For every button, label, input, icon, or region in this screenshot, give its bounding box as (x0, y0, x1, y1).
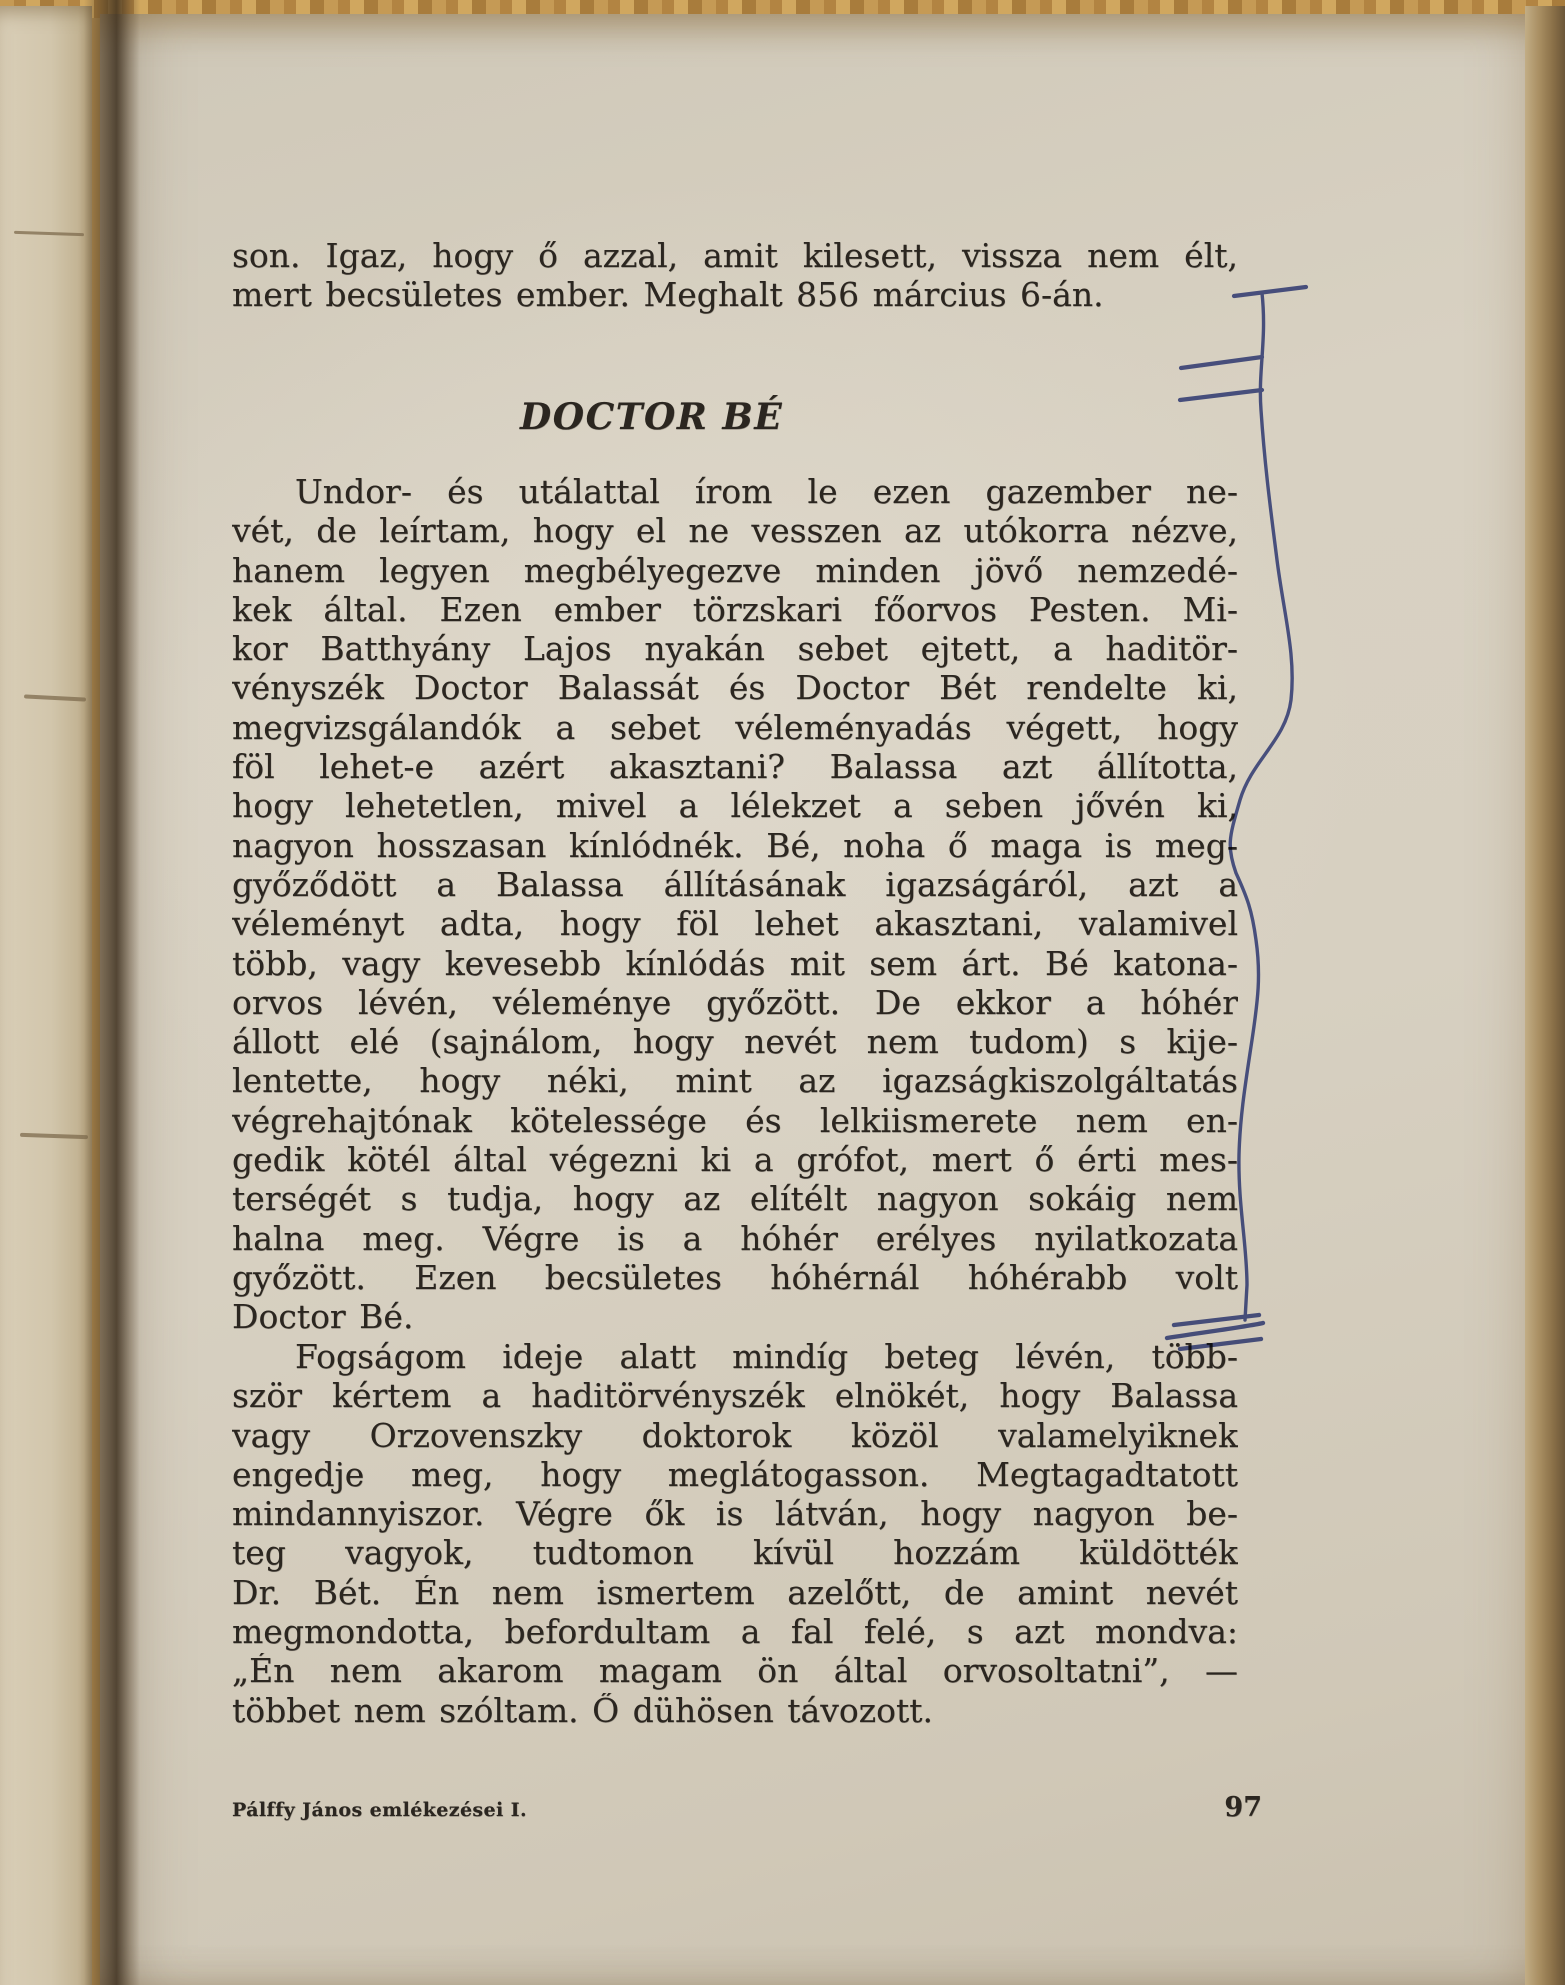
text-line: győzött. Ezen becsületes hóhérnál hóhéra… (232, 1260, 1238, 1299)
text-line: gedik kötél által végezni ki a grófot, m… (232, 1142, 1238, 1181)
text-line: teg vagyok, tudtomon kívül hozzám küldöt… (232, 1535, 1238, 1574)
text-line: Doctor Bé. (232, 1299, 1238, 1338)
text-line: végrehajtónak kötelessége és lelkiismere… (232, 1103, 1238, 1142)
text-line: „Én nem akarom magam ön által orvosoltat… (232, 1653, 1238, 1692)
text-line: Dr. Bét. Én nem ismertem azelőtt, de ami… (232, 1575, 1238, 1614)
printed-text-layer: son. Igaz, hogy ő azzal, amit kilesett, … (0, 0, 1565, 1985)
text-line: Undor- és utálattal írom le ezen gazembe… (232, 474, 1238, 513)
text-line: hogy lehetetlen, mivel a lélekzet a sebe… (232, 788, 1238, 827)
section-heading: DOCTOR BÉ (520, 396, 783, 438)
text-line: vagy Orzovenszky doktorok közöl valamely… (232, 1418, 1238, 1457)
text-line: kor Batthyány Lajos nyakán sebet ejtett,… (232, 631, 1238, 670)
page-number: 97 (1120, 1792, 1262, 1823)
continuation-paragraph: son. Igaz, hogy ő azzal, amit kilesett, … (232, 238, 1238, 317)
text-line: állott elé (sajnálom, hogy nevét nem tud… (232, 1024, 1238, 1063)
text-line: terségét s tudja, hogy az elítélt nagyon… (232, 1181, 1238, 1220)
text-line: mert becsületes ember. Meghalt 856 márci… (232, 277, 1238, 316)
text-line: lentette, hogy néki, mint az igazságkisz… (232, 1063, 1238, 1102)
paragraph-1: Undor- és utálattal írom le ezen gazembe… (232, 474, 1238, 1339)
paragraph-2: Fogságom ideje alatt mindíg beteg lévén,… (232, 1339, 1238, 1732)
text-line: hanem legyen megbélyegezve minden jövő n… (232, 553, 1238, 592)
text-line: többet nem szóltam. Ő dühösen távozott. (232, 1693, 1238, 1732)
text-line: győződött a Balassa állításának igazságá… (232, 867, 1238, 906)
running-title: Pálffy János emlékezései I. (232, 1799, 527, 1821)
text-line: megvizsgálandók a sebet véleményadás vég… (232, 710, 1238, 749)
text-line: megmondotta, befordultam a fal felé, s a… (232, 1614, 1238, 1653)
text-line: vényszék Doctor Balassát és Doctor Bét r… (232, 670, 1238, 709)
text-line: kek által. Ezen ember törzskari főorvos … (232, 592, 1238, 631)
text-line: föl lehet-e azért akasztani? Balassa azt… (232, 749, 1238, 788)
text-line: Fogságom ideje alatt mindíg beteg lévén,… (232, 1339, 1238, 1378)
text-line: több, vagy kevesebb kínlódás mit sem árt… (232, 946, 1238, 985)
book-page-photo: son. Igaz, hogy ő azzal, amit kilesett, … (0, 0, 1565, 1985)
text-line: mindannyiszor. Végre ők is látván, hogy … (232, 1496, 1238, 1535)
text-line: engedje meg, hogy meglátogasson. Megtaga… (232, 1457, 1238, 1496)
text-line: véleményt adta, hogy föl lehet akasztani… (232, 906, 1238, 945)
text-line: nagyon hosszasan kínlódnék. Bé, noha ő m… (232, 828, 1238, 867)
text-line: orvos lévén, véleménye győzött. De ekkor… (232, 985, 1238, 1024)
text-line: son. Igaz, hogy ő azzal, amit kilesett, … (232, 238, 1238, 277)
text-line: ször kértem a haditörvényszék elnökét, h… (232, 1378, 1238, 1417)
text-line: halna meg. Végre is a hóhér erélyes nyil… (232, 1221, 1238, 1260)
text-line: vét, de leírtam, hogy el ne vesszen az u… (232, 513, 1238, 552)
